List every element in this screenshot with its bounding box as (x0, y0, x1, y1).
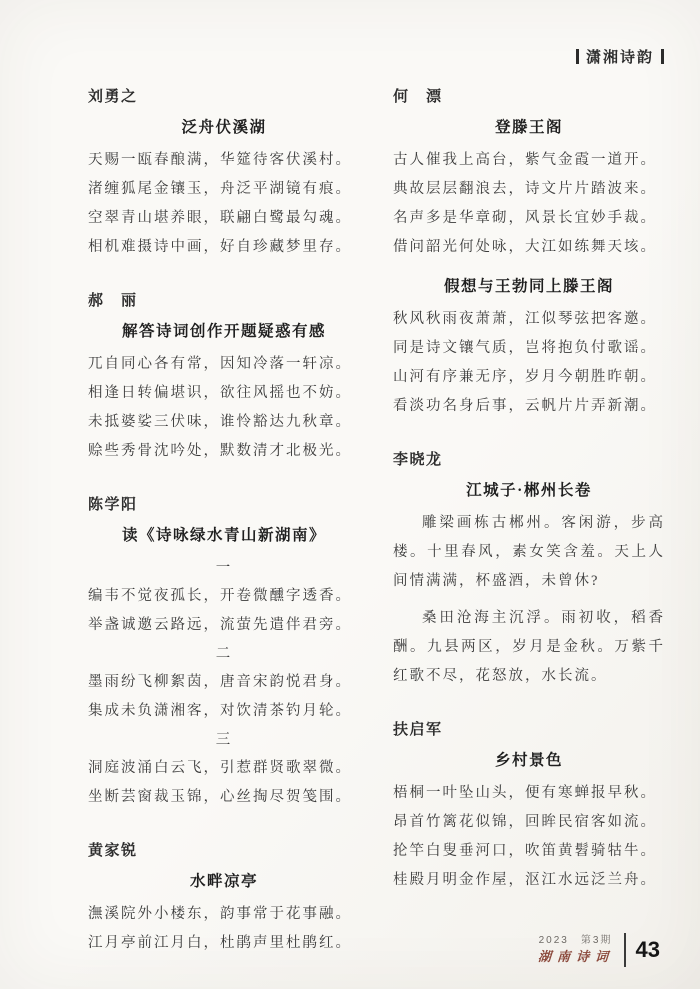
poem-columns: 刘勇之泛舟伏溪湖天赐一瓯春酿满，华筵待客伏溪村。渚缠狐尾金镶玉，舟泛平湖镜有痕。… (88, 86, 665, 986)
poem-line: 未抵婆娑三伏味，谁怜豁达九秋章。 (88, 408, 360, 437)
poem-title: 假想与王勃同上滕王阁 (393, 274, 665, 300)
poem-title: 乡村景色 (393, 748, 665, 774)
poem-line: 渚缠狐尾金镶玉，舟泛平湖镜有痕。 (88, 175, 360, 204)
poem-line: 坐断芸窗裁玉锦，心丝掏尽贺笺围。 (88, 783, 360, 812)
poem-line: 借问韶光何处咏，大江如练舞天垓。 (393, 233, 665, 262)
poet-name: 李晓龙 (393, 449, 665, 471)
poet-name: 何 漂 (393, 86, 665, 108)
poem-line: 典故层层翻浪去，诗文片片踏波来。 (393, 175, 665, 204)
poet-block: 刘勇之泛舟伏溪湖天赐一瓯春酿满，华筵待客伏溪村。渚缠狐尾金镶玉，舟泛平湖镜有痕。… (88, 86, 360, 262)
poem-line: 秋风秋雨夜萧萧，江似琴弦把客邀。 (393, 305, 665, 334)
poem-line: 洞庭波涌白云飞，引惹群贤歌翠微。 (88, 754, 360, 783)
page-footer: 2023 第3期 湖南诗词 43 (538, 933, 661, 967)
poet-name: 扶启军 (393, 719, 665, 741)
poem-line: 同是诗文镶气质，岂将抱负付歌谣。 (393, 334, 665, 363)
poem-line: 集成未负潇湘客，对饮清茶钓月轮。 (88, 697, 360, 726)
poem-line: 山河有序兼无序，岁月今朝胜昨朝。 (393, 363, 665, 392)
poem-line: 天赐一瓯春酿满，华筵待客伏溪村。 (88, 146, 360, 175)
poem-line: 赊些秀骨沈吟处，默数清才北极光。 (88, 437, 360, 466)
right-column: 何 漂登滕王阁古人催我上高台，紫气金霞一道开。典故层层翻浪去，诗文片片踏波来。名… (393, 86, 665, 986)
issue-info: 2023 第3期 (539, 935, 613, 947)
page-number: 43 (636, 933, 660, 967)
section-number: 一 (88, 554, 360, 582)
magazine-page: 潇湘诗韵 刘勇之泛舟伏溪湖天赐一瓯春酿满，华筵待客伏溪村。渚缠狐尾金镶玉，舟泛平… (0, 0, 700, 989)
section-number: 二 (88, 640, 360, 668)
left-column: 刘勇之泛舟伏溪湖天赐一瓯春酿满，华筵待客伏溪村。渚缠狐尾金镶玉，舟泛平湖镜有痕。… (88, 86, 360, 986)
poem-line: 空翠青山堪养眼，联翩白鹭最勾魂。 (88, 204, 360, 233)
ci-paragraph: 桑田沧海主沉浮。雨初收，稻香酬。九县两区，岁月是金秋。万紫千红歌不尽，花怒放，水… (393, 604, 665, 691)
poet-name: 郝 丽 (88, 290, 360, 312)
poem-title: 江城子·郴州长卷 (393, 478, 665, 504)
poet-block: 陈学阳读《诗咏绿水青山新湖南》一编韦不觉夜孤长，开卷微醺字透香。举盏诚邀云路远，… (88, 494, 360, 812)
poem-line: 看淡功名身后事，云帆片片弄新潮。 (393, 392, 665, 421)
header-bar-left-icon (576, 49, 579, 64)
journal-imprint: 2023 第3期 湖南诗词 (538, 935, 614, 965)
poem-line: 相机难摄诗中画，好自珍藏梦里存。 (88, 233, 360, 262)
header-bar-right-icon (661, 49, 664, 64)
poem-title: 水畔凉亭 (88, 869, 360, 895)
section-title: 潇湘诗韵 (586, 46, 654, 67)
section-number: 三 (88, 726, 360, 754)
poet-block: 扶启军乡村景色梧桐一叶坠山头，便有寒蝉报早秋。昂首竹篱花似锦，回眸民宿客如流。抡… (393, 719, 665, 895)
poem-title: 登滕王阁 (393, 115, 665, 141)
poem-line: 兀自同心各有常，因知冷落一轩凉。 (88, 350, 360, 379)
poem-title: 泛舟伏溪湖 (88, 115, 360, 141)
poem-line: 抡竿白叟垂河口，吹笛黄髫骑牯牛。 (393, 837, 665, 866)
poem-line: 编韦不觉夜孤长，开卷微醺字透香。 (88, 582, 360, 611)
poem-line: 桂殿月明金作屋，沤江水远泛兰舟。 (393, 866, 665, 895)
poem-line: 梧桐一叶坠山头，便有寒蝉报早秋。 (393, 779, 665, 808)
poem-line: 墨雨纷飞柳絮茵，唐音宋韵悦君身。 (88, 668, 360, 697)
poem-title: 读《诗咏绿水青山新湖南》 (88, 523, 360, 549)
poem-line: 昂首竹篱花似锦，回眸民宿客如流。 (393, 808, 665, 837)
poem-line: 相逢日转偏堪识，欲往风摇也不妨。 (88, 379, 360, 408)
section-header: 潇湘诗韵 (576, 46, 664, 67)
ci-paragraph: 雕梁画栋古郴州。客闲游，步高楼。十里春风，素女笑含羞。天上人间情满满，杯盛酒，未… (393, 509, 665, 596)
poet-name: 刘勇之 (88, 86, 360, 108)
poem-line: 举盏诚邀云路远，流萤先遣伴君旁。 (88, 611, 360, 640)
poet-block: 郝 丽解答诗词创作开题疑惑有感兀自同心各有常，因知冷落一轩凉。相逢日转偏堪识，欲… (88, 290, 360, 466)
poem-line: 古人催我上高台，紫气金霞一道开。 (393, 146, 665, 175)
poet-name: 黄家锐 (88, 840, 360, 862)
poet-block: 何 漂登滕王阁古人催我上高台，紫气金霞一道开。典故层层翻浪去，诗文片片踏波来。名… (393, 86, 665, 421)
footer-divider (624, 933, 626, 967)
poet-name: 陈学阳 (88, 494, 360, 516)
poem-line: 江月亭前江月白，杜鹃声里杜鹃红。 (88, 929, 360, 958)
poem-title: 解答诗词创作开题疑惑有感 (88, 319, 360, 345)
poem-line: 潕溪院外小楼东，韵事常于花事融。 (88, 900, 360, 929)
poet-block: 李晓龙江城子·郴州长卷雕梁画栋古郴州。客闲游，步高楼。十里春风，素女笑含羞。天上… (393, 449, 665, 691)
poet-block: 黄家锐水畔凉亭潕溪院外小楼东，韵事常于花事融。江月亭前江月白，杜鹃声里杜鹃红。 (88, 840, 360, 958)
journal-logo: 湖南诗词 (537, 949, 614, 965)
poem-line: 名声多是华章砌，风景长宜妙手裁。 (393, 204, 665, 233)
